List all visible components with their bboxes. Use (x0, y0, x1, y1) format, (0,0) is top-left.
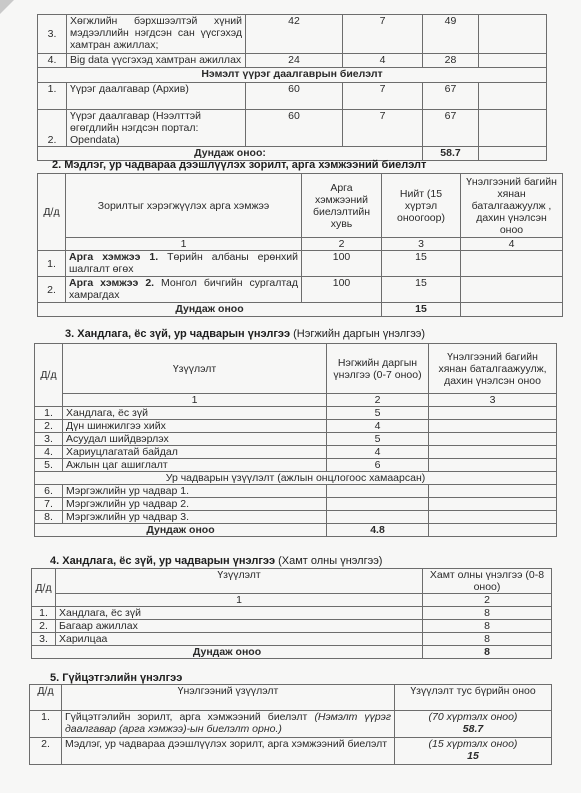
row-text: Арга хэмжээ 1. Төрийн албаны ерөнхий шал… (66, 251, 302, 277)
cell: 8 (423, 607, 552, 620)
table-row: 2. Үүрэг даалгавар (Нээлттэй өгөгдлийн н… (38, 110, 547, 147)
table-team-assessment: Д/д Үзүүлэлт Хамт олны үнэлгээ (0-8 оноо… (31, 568, 552, 659)
row-number: 2. (32, 620, 56, 633)
cell (479, 147, 547, 161)
measure-label: Арга хэмжээ 2. (69, 277, 154, 289)
score-limit: (70 хүртэлх оноо) (398, 711, 548, 723)
cell (479, 15, 547, 54)
row-number: 3. (38, 15, 67, 54)
cell (461, 303, 563, 317)
row-number: 5. (35, 459, 63, 472)
subsection-title: Ур чадварын үзүүлэлт (ажлын онцлогоос ха… (35, 472, 557, 485)
col-num: 1 (66, 238, 302, 251)
cell (429, 420, 557, 433)
row-text: Үүрэг даалгавар (Архив) (67, 83, 246, 110)
header-number: Д/д (32, 569, 56, 607)
column-number-row: 1 2 (32, 594, 552, 607)
row-text: Хандлага, ёс зүй (56, 607, 423, 620)
cell (429, 407, 557, 420)
section-row: Нэмэлт үүрэг даалгаврын биелэлт (38, 68, 547, 83)
table-manager-assessment: Д/д Үзүүлэлт Нэгжийн даргын үнэлгээ (0-7… (34, 343, 557, 537)
header-number: Д/д (30, 685, 62, 711)
row-number: 2. (35, 420, 63, 433)
cell: 49 (423, 15, 479, 54)
cell: 7 (343, 15, 423, 54)
col-num: 3 (429, 394, 557, 407)
section-5-heading: 5. Гүйцэтгэлийн үнэлгээ (50, 672, 182, 684)
row-number: 6. (35, 485, 63, 498)
row-text: Дүн шинжилгээ хийх (63, 420, 327, 433)
table-row: 4. Big data үүсгэхэд хамтран ажиллах 24 … (38, 54, 547, 68)
table-row: 1.Хандлага, ёс зүй8 (32, 607, 552, 620)
row-number: 4. (38, 54, 67, 68)
header-rescore: Үнэлгээний багийн хянан баталгаажуулж, д… (429, 344, 557, 394)
cell (461, 251, 563, 277)
average-label: Дундаж оноо (32, 646, 423, 659)
section-2-heading: 2. Мэдлэг, ур чадвараа дээшлүүлэх зорилт… (52, 159, 426, 171)
cell (327, 498, 429, 511)
cell: 28 (423, 54, 479, 68)
cell: 7 (343, 83, 423, 110)
table-row: 3. Хөгжлийн бэрхшээлтэй хүний мэдээллийн… (38, 15, 547, 54)
cell (429, 511, 557, 524)
section-4-title: 4. Хандлага, ёс зүй, ур чадварын үнэлгээ (50, 555, 275, 567)
table-row: 3.Асуудал шийдвэрлэх5 (35, 433, 557, 446)
row-number: 1. (32, 607, 56, 620)
cell: 15 (382, 251, 461, 277)
row-number: 1. (38, 83, 67, 110)
score-value: 15 (398, 750, 548, 762)
cell (327, 485, 429, 498)
score-cell: (70 хүртэлх оноо)58.7 (395, 711, 552, 738)
cell (479, 110, 547, 147)
cell: 5 (327, 407, 429, 420)
row-number: 1. (30, 711, 62, 738)
header-number: Д/д (38, 174, 66, 251)
average-value: 8 (423, 646, 552, 659)
cell: 4 (343, 54, 423, 68)
table-performance-assessment: Д/д Үнэлгээний үзүүлэлт Үзүүлэлт тус бүр… (29, 684, 552, 765)
cell: 24 (246, 54, 343, 68)
average-label: Дундаж оноо (38, 303, 382, 317)
column-number-row: 1 2 3 4 (38, 238, 563, 251)
header-number: Д/д (35, 344, 63, 407)
col-num: 1 (56, 594, 423, 607)
column-number-row: 1 2 3 (35, 394, 557, 407)
cell: 15 (382, 277, 461, 303)
measure-label: Арга хэмжээ 1. (69, 251, 158, 263)
row-text: Мэргэжлийн ур чадвар 3. (63, 511, 327, 524)
cell (429, 433, 557, 446)
section-3-title: 3. Хандлага, ёс зүй, ур чадварын үнэлгээ (65, 328, 290, 340)
col-num: 2 (302, 238, 382, 251)
col-num: 3 (382, 238, 461, 251)
col-num: 1 (63, 394, 327, 407)
table-row: 3.Харилцаа8 (32, 633, 552, 646)
table-tasks-continued: 3. Хөгжлийн бэрхшээлтэй хүний мэдээллийн… (37, 14, 547, 161)
section-4-heading: 4. Хандлага, ёс зүй, ур чадварын үнэлгээ… (50, 555, 382, 567)
row-number: 2. (38, 277, 66, 303)
header-row: Д/д Үзүүлэлт Хамт олны үнэлгээ (0-8 оноо… (32, 569, 552, 594)
row-text: Гүйцэтгэлийн зорилт, арга хэмжээний биел… (62, 711, 395, 738)
subsection-row: Ур чадварын үзүүлэлт (ажлын онцлогоос ха… (35, 472, 557, 485)
average-row: Дундаж оноо 15 (38, 303, 563, 317)
cell (429, 459, 557, 472)
table-row: 2. Мэдлэг, ур чадвараа дээшлүүлэх зорилт… (30, 738, 552, 765)
header-rescore: Үнэлгээний багийн хянан баталгаажуулж , … (461, 174, 563, 238)
section-3-subtitle: (Нэгжийн даргын үнэлгээ) (290, 328, 425, 340)
row-number: 3. (35, 433, 63, 446)
row-number: 2. (38, 110, 67, 147)
average-value: 4.8 (327, 524, 429, 537)
indicator-text: Гүйцэтгэлийн зорилт, арга хэмжээний биел… (65, 711, 314, 723)
row-text: Big data үүсгэхэд хамтран ажиллах (67, 54, 246, 68)
row-number: 1. (35, 407, 63, 420)
header-team-score: Хамт олны үнэлгээ (0-8 оноо) (423, 569, 552, 594)
score-limit: (15 хүртэлх оноо) (398, 738, 548, 750)
row-text: Мэдлэг, ур чадвараа дээшлүүлэх зорилт, а… (62, 738, 395, 765)
cell (461, 277, 563, 303)
row-number: 2. (30, 738, 62, 765)
cell: 5 (327, 433, 429, 446)
row-number: 4. (35, 446, 63, 459)
table-row: 8.Мэргэжлийн ур чадвар 3. (35, 511, 557, 524)
row-text: Хөгжлийн бэрхшээлтэй хүний мэдээллийн нэ… (67, 15, 246, 54)
cell (429, 446, 557, 459)
cell: 100 (302, 251, 382, 277)
row-text: Үүрэг даалгавар (Нээлттэй өгөгдлийн нэгд… (67, 110, 246, 147)
average-value: 58.7 (423, 147, 479, 161)
table-row: 5.Ажлын цаг ашиглалт6 (35, 459, 557, 472)
table-knowledge-skills: Д/д Зорилтыг хэрэгжүүлэх арга хэмжээ Арг… (37, 173, 563, 317)
cell (479, 83, 547, 110)
cell (429, 498, 557, 511)
row-text: Хариуцлагатай байдал (63, 446, 327, 459)
header-row: Д/д Үзүүлэлт Нэгжийн даргын үнэлгээ (0-7… (35, 344, 557, 394)
section-title: Нэмэлт үүрэг даалгаврын биелэлт (38, 68, 547, 83)
table-row: 2.Багаар ажиллах8 (32, 620, 552, 633)
cell (327, 511, 429, 524)
row-text: Асуудал шийдвэрлэх (63, 433, 327, 446)
row-text: Ажлын цаг ашиглалт (63, 459, 327, 472)
header-percent: Арга хэмжээний биелэлтийн хувь (302, 174, 382, 238)
average-row: Дундаж оноо 4.8 (35, 524, 557, 537)
cell: 67 (423, 110, 479, 147)
table-row: 4.Хариуцлагатай байдал4 (35, 446, 557, 459)
cell: 100 (302, 277, 382, 303)
table-row: 7.Мэргэжлийн ур чадвар 2. (35, 498, 557, 511)
col-num: 4 (461, 238, 563, 251)
cell: 7 (343, 110, 423, 147)
cell: 60 (246, 110, 343, 147)
header-total: Нийт (15 хүртэл оноогоор) (382, 174, 461, 238)
score-value: 58.7 (398, 723, 548, 735)
row-number: 7. (35, 498, 63, 511)
cell: 4 (327, 420, 429, 433)
table-row: 1. Арга хэмжээ 1. Төрийн албаны ерөнхий … (38, 251, 563, 277)
page-corner-fold (0, 0, 14, 14)
table-row: 1.Хандлага, ёс зүй5 (35, 407, 557, 420)
row-text: Багаар ажиллах (56, 620, 423, 633)
header-indicator: Үзүүлэлт (63, 344, 327, 394)
header-indicator: Үзүүлэлт (56, 569, 423, 594)
table-row: 6.Мэргэжлийн ур чадвар 1. (35, 485, 557, 498)
cell: 42 (246, 15, 343, 54)
cell: 4 (327, 446, 429, 459)
section-4-subtitle: (Хамт олны үнэлгээ) (275, 555, 382, 567)
cell: 60 (246, 83, 343, 110)
section-3-heading: 3. Хандлага, ёс зүй, ур чадварын үнэлгээ… (65, 328, 425, 340)
table-row: 2.Дүн шинжилгээ хийх4 (35, 420, 557, 433)
cell: 8 (423, 620, 552, 633)
row-text: Арга хэмжээ 2. Монгол бичгийн сургалтад … (66, 277, 302, 303)
cell: 8 (423, 633, 552, 646)
cell (429, 524, 557, 537)
row-number: 3. (32, 633, 56, 646)
header-row: Д/д Үнэлгээний үзүүлэлт Үзүүлэлт тус бүр… (30, 685, 552, 711)
table-row: 1. Гүйцэтгэлийн зорилт, арга хэмжээний б… (30, 711, 552, 738)
cell (479, 54, 547, 68)
col-num: 2 (327, 394, 429, 407)
header-indicator: Үнэлгээний үзүүлэлт (62, 685, 395, 711)
average-label: Дундаж оноо (35, 524, 327, 537)
table-row: 1. Үүрэг даалгавар (Архив) 60 7 67 (38, 83, 547, 110)
average-value: 15 (382, 303, 461, 317)
average-row: Дундаж оноо 8 (32, 646, 552, 659)
row-text: Хандлага, ёс зүй (63, 407, 327, 420)
header-score: Үзүүлэлт тус бүрийн оноо (395, 685, 552, 711)
row-text: Мэргэжлийн ур чадвар 2. (63, 498, 327, 511)
header-row: Д/д Зорилтыг хэрэгжүүлэх арга хэмжээ Арг… (38, 174, 563, 238)
cell: 6 (327, 459, 429, 472)
header-measure: Зорилтыг хэрэгжүүлэх арга хэмжээ (66, 174, 302, 238)
row-text: Харилцаа (56, 633, 423, 646)
header-manager-score: Нэгжийн даргын үнэлгээ (0-7 оноо) (327, 344, 429, 394)
cell (429, 485, 557, 498)
row-text: Мэргэжлийн ур чадвар 1. (63, 485, 327, 498)
row-number: 8. (35, 511, 63, 524)
row-number: 1. (38, 251, 66, 277)
table-row: 2. Арга хэмжээ 2. Монгол бичгийн сургалт… (38, 277, 563, 303)
cell: 67 (423, 83, 479, 110)
score-cell: (15 хүртэлх оноо)15 (395, 738, 552, 765)
indicator-text: Мэдлэг, ур чадвараа дээшлүүлэх зорилт, а… (65, 738, 387, 750)
col-num: 2 (423, 594, 552, 607)
